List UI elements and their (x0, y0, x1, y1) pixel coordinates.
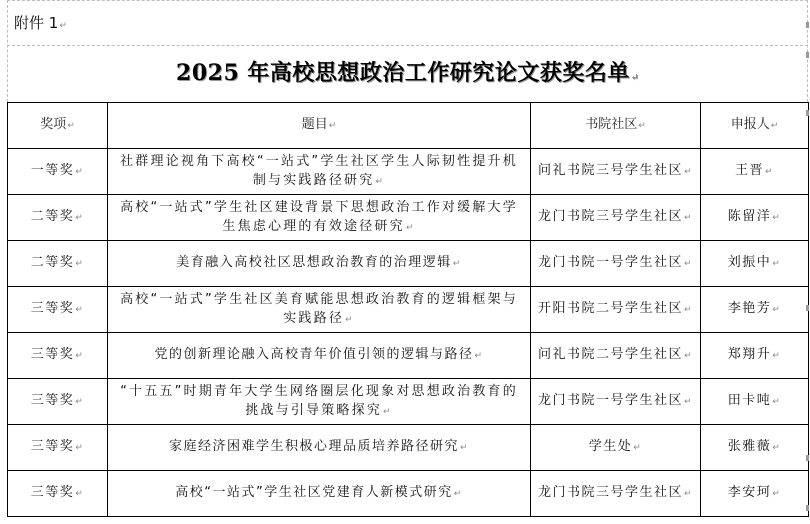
cell-community[interactable]: 龙门书院一号学生社区↵ (531, 379, 701, 425)
applicant-text: 李艳芳 (728, 301, 772, 316)
header-award-text: 奖项 (40, 117, 66, 132)
margin-marker (806, 505, 809, 511)
paragraph-mark-icon: ↵ (684, 397, 693, 407)
header-award[interactable]: 奖项↵ (8, 103, 108, 149)
table-header-row: 奖项↵ 题目↵ 书院社区↵ 申报人↵ (8, 103, 809, 149)
cell-award[interactable]: 一等奖↵ (8, 149, 108, 195)
table-row: 三等奖↵ “十五五”时期青年大学生网络圈层化现象对思想政治教育的挑战与引导策略探… (8, 379, 809, 425)
cell-award[interactable]: 三等奖↵ (8, 471, 108, 517)
header-topic[interactable]: 题目↵ (108, 103, 531, 149)
cell-topic[interactable]: 党的创新理论融入高校青年价值引领的逻辑与路径↵ (108, 333, 531, 379)
header-applicant-text: 申报人 (731, 117, 770, 132)
cell-applicant[interactable]: 郑翔升↵ (701, 333, 809, 379)
paragraph-mark-icon: ↵ (75, 397, 84, 407)
award-text: 三等奖 (31, 485, 75, 500)
cell-topic[interactable]: 高校“一站式”学生社区美育赋能思想政治教育的逻辑框架与实践路径↵ (108, 287, 531, 333)
table-row: 三等奖↵ 高校“一站式”学生社区党建育人新模式研究↵ 龙门书院三号学生社区↵ 李… (8, 471, 809, 517)
table-row: 三等奖↵ 党的创新理论融入高校青年价值引领的逻辑与路径↵ 问礼书院二号学生社区↵… (8, 333, 809, 379)
table-row: 三等奖↵ 家庭经济困难学生积极心理品质培养路径研究↵ 学生处↵ 张雅薇↵ (8, 425, 809, 471)
margin-marker (806, 455, 809, 461)
award-text: 三等奖 (31, 347, 75, 362)
cell-community[interactable]: 问礼书院二号学生社区↵ (531, 333, 701, 379)
applicant-text: 王晋 (735, 163, 764, 178)
topic-text: “十五五”时期青年大学生网络圈层化现象对思想政治教育的挑战与引导策略探究 (120, 384, 518, 418)
cell-award[interactable]: 三等奖↵ (8, 287, 108, 333)
paragraph-mark-icon: ↵ (75, 305, 84, 315)
header-community[interactable]: 书院社区↵ (531, 103, 701, 149)
paragraph-mark-icon: ↵ (460, 443, 469, 453)
paragraph-mark-icon: ↵ (329, 121, 337, 131)
community-text: 龙门书院一号学生社区 (538, 393, 683, 408)
margin-marker (806, 110, 809, 116)
paragraph-mark-icon: ↵ (772, 397, 781, 407)
topic-text: 社群理论视角下高校“一站式”学生社区学生人际韧性提升机制与实践路径研究 (120, 154, 518, 188)
cell-award[interactable]: 二等奖↵ (8, 241, 108, 287)
applicant-text: 李安珂 (728, 485, 772, 500)
paragraph-mark-icon: ↵ (684, 351, 693, 361)
cell-award[interactable]: 三等奖↵ (8, 333, 108, 379)
paragraph-mark-icon: ↵ (684, 305, 693, 315)
topic-text: 高校“一站式”学生社区建设背景下思想政治工作对缓解大学生焦虑心理的有效途径研究 (120, 200, 518, 234)
document-title[interactable]: 2025 年高校思想政治工作研究论文获奖名单↵ (7, 56, 808, 87)
margin-marker (806, 22, 809, 28)
cell-community[interactable]: 龙门书院三号学生社区↵ (531, 471, 701, 517)
cell-topic[interactable]: 高校“一站式”学生社区建设背景下思想政治工作对缓解大学生焦虑心理的有效途径研究↵ (108, 195, 531, 241)
award-text: 二等奖 (31, 255, 75, 270)
cell-community[interactable]: 问礼书院三号学生社区↵ (531, 149, 701, 195)
paragraph-mark-icon: ↵ (59, 21, 67, 31)
margin-marker (806, 305, 809, 311)
attachment-row: 附件 1↵ (7, 0, 808, 46)
paragraph-mark-icon: ↵ (772, 489, 781, 499)
community-text: 龙门书院一号学生社区 (538, 255, 683, 270)
topic-text: 党的创新理论融入高校青年价值引领的逻辑与路径 (154, 347, 473, 362)
header-topic-text: 题目 (302, 117, 328, 132)
paragraph-mark-icon: ↵ (633, 443, 642, 453)
paragraph-mark-icon: ↵ (771, 121, 779, 131)
community-text: 龙门书院三号学生社区 (538, 209, 683, 224)
paragraph-mark-icon: ↵ (75, 489, 84, 499)
cell-community[interactable]: 开阳书院二号学生社区↵ (531, 287, 701, 333)
awards-table: 奖项↵ 题目↵ 书院社区↵ 申报人↵ 一等奖↵ 社群理论视角下高校“一站式”学生… (7, 102, 809, 517)
paragraph-mark-icon: ↵ (67, 121, 75, 131)
cell-applicant[interactable]: 刘振中↵ (701, 241, 809, 287)
cell-topic[interactable]: 高校“一站式”学生社区党建育人新模式研究↵ (108, 471, 531, 517)
paragraph-mark-icon: ↵ (474, 351, 483, 361)
paragraph-mark-icon: ↵ (453, 259, 462, 269)
title-text: 2025 年高校思想政治工作研究论文获奖名单 (176, 60, 630, 86)
cell-applicant[interactable]: 李安珂↵ (701, 471, 809, 517)
cell-topic[interactable]: 美育融入高校社区思想政治教育的治理逻辑↵ (108, 241, 531, 287)
table-row: 二等奖↵ 美育融入高校社区思想政治教育的治理逻辑↵ 龙门书院一号学生社区↵ 刘振… (8, 241, 809, 287)
cell-community[interactable]: 学生处↵ (531, 425, 701, 471)
topic-text: 高校“一站式”学生社区美育赋能思想政治教育的逻辑框架与实践路径 (120, 292, 518, 326)
topic-text: 美育融入高校社区思想政治教育的治理逻辑 (176, 255, 452, 270)
award-text: 三等奖 (31, 393, 75, 408)
paragraph-mark-icon: ↵ (765, 167, 774, 177)
award-text: 三等奖 (31, 439, 75, 454)
community-text: 问礼书院三号学生社区 (538, 163, 683, 178)
award-text: 二等奖 (31, 209, 75, 224)
paragraph-mark-icon: ↵ (684, 213, 693, 223)
community-text: 学生处 (589, 439, 633, 454)
attachment-text: 附件 1 (14, 14, 58, 32)
paragraph-mark-icon: ↵ (406, 223, 416, 233)
cell-applicant[interactable]: 王晋↵ (701, 149, 809, 195)
paragraph-mark-icon: ↵ (684, 259, 693, 269)
paragraph-mark-icon: ↵ (75, 351, 84, 361)
paragraph-mark-icon: ↵ (345, 315, 355, 325)
topic-text: 家庭经济困难学生积极心理品质培养路径研究 (169, 439, 459, 454)
cell-applicant[interactable]: 陈留洋↵ (701, 195, 809, 241)
community-text: 龙门书院三号学生社区 (538, 485, 683, 500)
topic-text: 高校“一站式”学生社区党建育人新模式研究 (175, 485, 452, 500)
applicant-text: 张雅薇 (728, 439, 772, 454)
cell-award[interactable]: 三等奖↵ (8, 425, 108, 471)
paragraph-mark-icon: ↵ (772, 351, 781, 361)
paragraph-mark-icon: ↵ (383, 407, 393, 417)
paragraph-mark-icon: ↵ (772, 443, 781, 453)
paragraph-mark-icon: ↵ (772, 213, 781, 223)
cell-topic[interactable]: 家庭经济困难学生积极心理品质培养路径研究↵ (108, 425, 531, 471)
margin-marker (806, 52, 809, 58)
table-row: 一等奖↵ 社群理论视角下高校“一站式”学生社区学生人际韧性提升机制与实践路径研究… (8, 149, 809, 195)
cell-topic[interactable]: 社群理论视角下高校“一站式”学生社区学生人际韧性提升机制与实践路径研究↵ (108, 149, 531, 195)
document-page: 附件 1↵ 2025 年高校思想政治工作研究论文获奖名单↵ 奖项↵ 题目↵ 书院… (7, 0, 808, 524)
table-row: 二等奖↵ 高校“一站式”学生社区建设背景下思想政治工作对缓解大学生焦虑心理的有效… (8, 195, 809, 241)
cell-award[interactable]: 二等奖↵ (8, 195, 108, 241)
header-community-text: 书院社区 (585, 117, 637, 132)
cell-applicant[interactable]: 张雅薇↵ (701, 425, 809, 471)
paragraph-mark-icon: ↵ (375, 177, 385, 187)
cell-topic[interactable]: “十五五”时期青年大学生网络圈层化现象对思想政治教育的挑战与引导策略探究↵ (108, 379, 531, 425)
cell-community[interactable]: 龙门书院一号学生社区↵ (531, 241, 701, 287)
applicant-text: 郑翔升 (728, 347, 772, 362)
cell-community[interactable]: 龙门书院三号学生社区↵ (531, 195, 701, 241)
paragraph-mark-icon: ↵ (772, 259, 781, 269)
paragraph-mark-icon: ↵ (684, 489, 693, 499)
applicant-text: 刘振中 (728, 255, 772, 270)
paragraph-mark-icon: ↵ (75, 213, 84, 223)
paragraph-mark-icon: ↵ (631, 73, 639, 83)
cell-applicant[interactable]: 田卡吨↵ (701, 379, 809, 425)
header-applicant[interactable]: 申报人↵ (701, 103, 809, 149)
applicant-text: 陈留洋 (728, 209, 772, 224)
paragraph-mark-icon: ↵ (772, 305, 781, 315)
cell-applicant[interactable]: 李艳芳↵ (701, 287, 809, 333)
paragraph-mark-icon: ↵ (638, 121, 646, 131)
table-row: 三等奖↵ 高校“一站式”学生社区美育赋能思想政治教育的逻辑框架与实践路径↵ 开阳… (8, 287, 809, 333)
award-text: 三等奖 (31, 301, 75, 316)
applicant-text: 田卡吨 (728, 393, 772, 408)
paragraph-mark-icon: ↵ (75, 259, 84, 269)
attachment-label[interactable]: 附件 1↵ (14, 12, 67, 33)
paragraph-mark-icon: ↵ (684, 167, 693, 177)
community-text: 开阳书院二号学生社区 (538, 301, 683, 316)
paragraph-mark-icon: ↵ (75, 443, 84, 453)
award-text: 一等奖 (31, 163, 75, 178)
cell-award[interactable]: 三等奖↵ (8, 379, 108, 425)
community-text: 问礼书院二号学生社区 (538, 347, 683, 362)
paragraph-mark-icon: ↵ (75, 167, 84, 177)
paragraph-mark-icon: ↵ (454, 489, 463, 499)
